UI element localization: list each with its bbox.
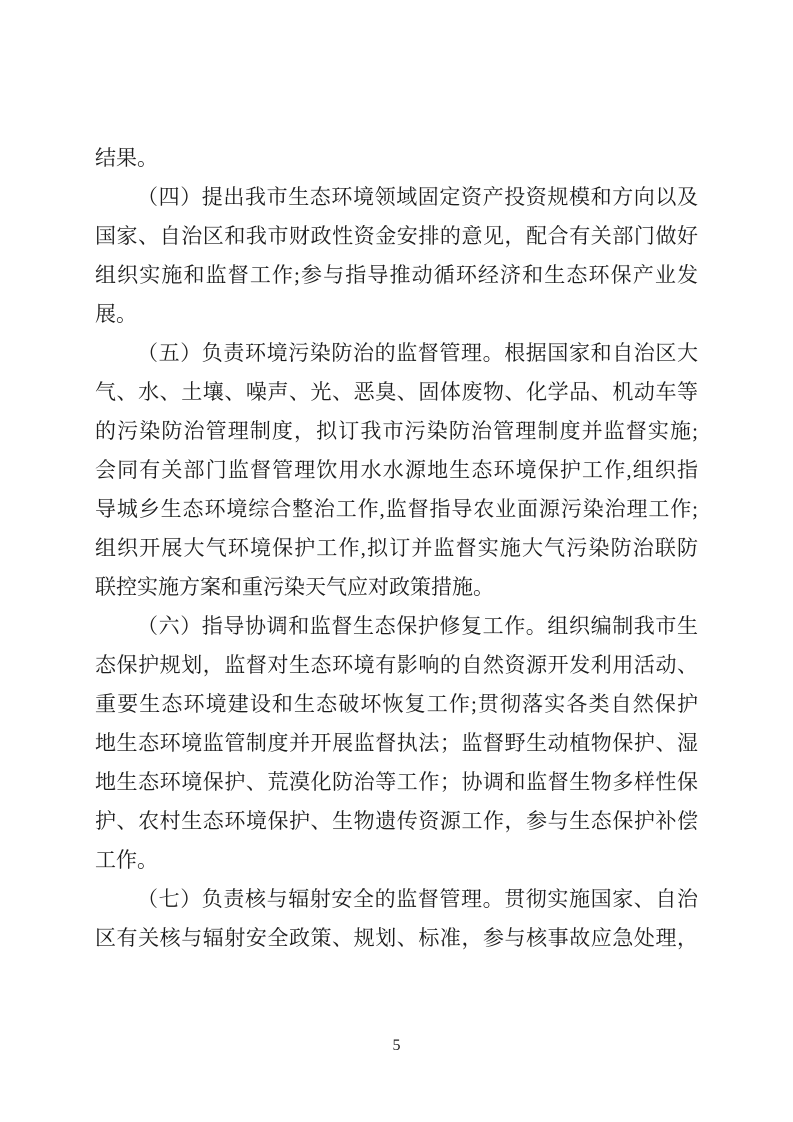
text-line: 联控实施方案和重污染天气应对政策措施。	[95, 568, 698, 607]
text-line: 区有关核与辐射安全政策、规划、标准，参与核事故应急处理，	[95, 919, 698, 958]
text-line: 气、水、土壤、噪声、光、恶臭、固体废物、化学品、机动车等	[95, 373, 698, 412]
document-page: 结果。 （四）提出我市生态环境领域固定资产投资规模和方向以及 国家、自治区和我市…	[0, 0, 793, 1122]
text-line: 工作。	[95, 841, 698, 880]
text-line: （四）提出我市生态环境领域固定资产投资规模和方向以及	[95, 178, 698, 217]
text-line: 会同有关部门监督管理饮用水水源地生态环境保护工作,组织指	[95, 451, 698, 490]
text-line: （六）指导协调和监督生态保护修复工作。组织编制我市生	[95, 607, 698, 646]
page-number: 5	[0, 1034, 793, 1058]
text-line: （五）负责环境污染防治的监督管理。根据国家和自治区大	[95, 334, 698, 373]
text-line: 导城乡生态环境综合整治工作,监督指导农业面源污染治理工作;	[95, 490, 698, 529]
text-line: 护、农村生态环境保护、生物遗传资源工作，参与生态保护补偿	[95, 802, 698, 841]
text-line: 的污染防治管理制度，拟订我市污染防治管理制度并监督实施;	[95, 412, 698, 451]
text-line: 组织开展大气环境保护工作,拟订并监督实施大气污染防治联防	[95, 529, 698, 568]
text-line: 组织实施和监督工作;参与指导推动循环经济和生态环保产业发	[95, 256, 698, 295]
text-line: （七）负责核与辐射安全的监督管理。贯彻实施国家、自治	[95, 880, 698, 919]
text-line: 重要生态环境建设和生态破坏恢复工作;贯彻落实各类自然保护	[95, 685, 698, 724]
text-line: 结果。	[95, 139, 698, 178]
text-line: 地生态环境监管制度并开展监督执法；监督野生动植物保护、湿	[95, 724, 698, 763]
text-line: 国家、自治区和我市财政性资金安排的意见，配合有关部门做好	[95, 217, 698, 256]
text-line: 展。	[95, 295, 698, 334]
text-line: 地生态环境保护、荒漠化防治等工作；协调和监督生物多样性保	[95, 763, 698, 802]
text-line: 态保护规划，监督对生态环境有影响的自然资源开发利用活动、	[95, 646, 698, 685]
document-body: 结果。 （四）提出我市生态环境领域固定资产投资规模和方向以及 国家、自治区和我市…	[95, 139, 698, 958]
